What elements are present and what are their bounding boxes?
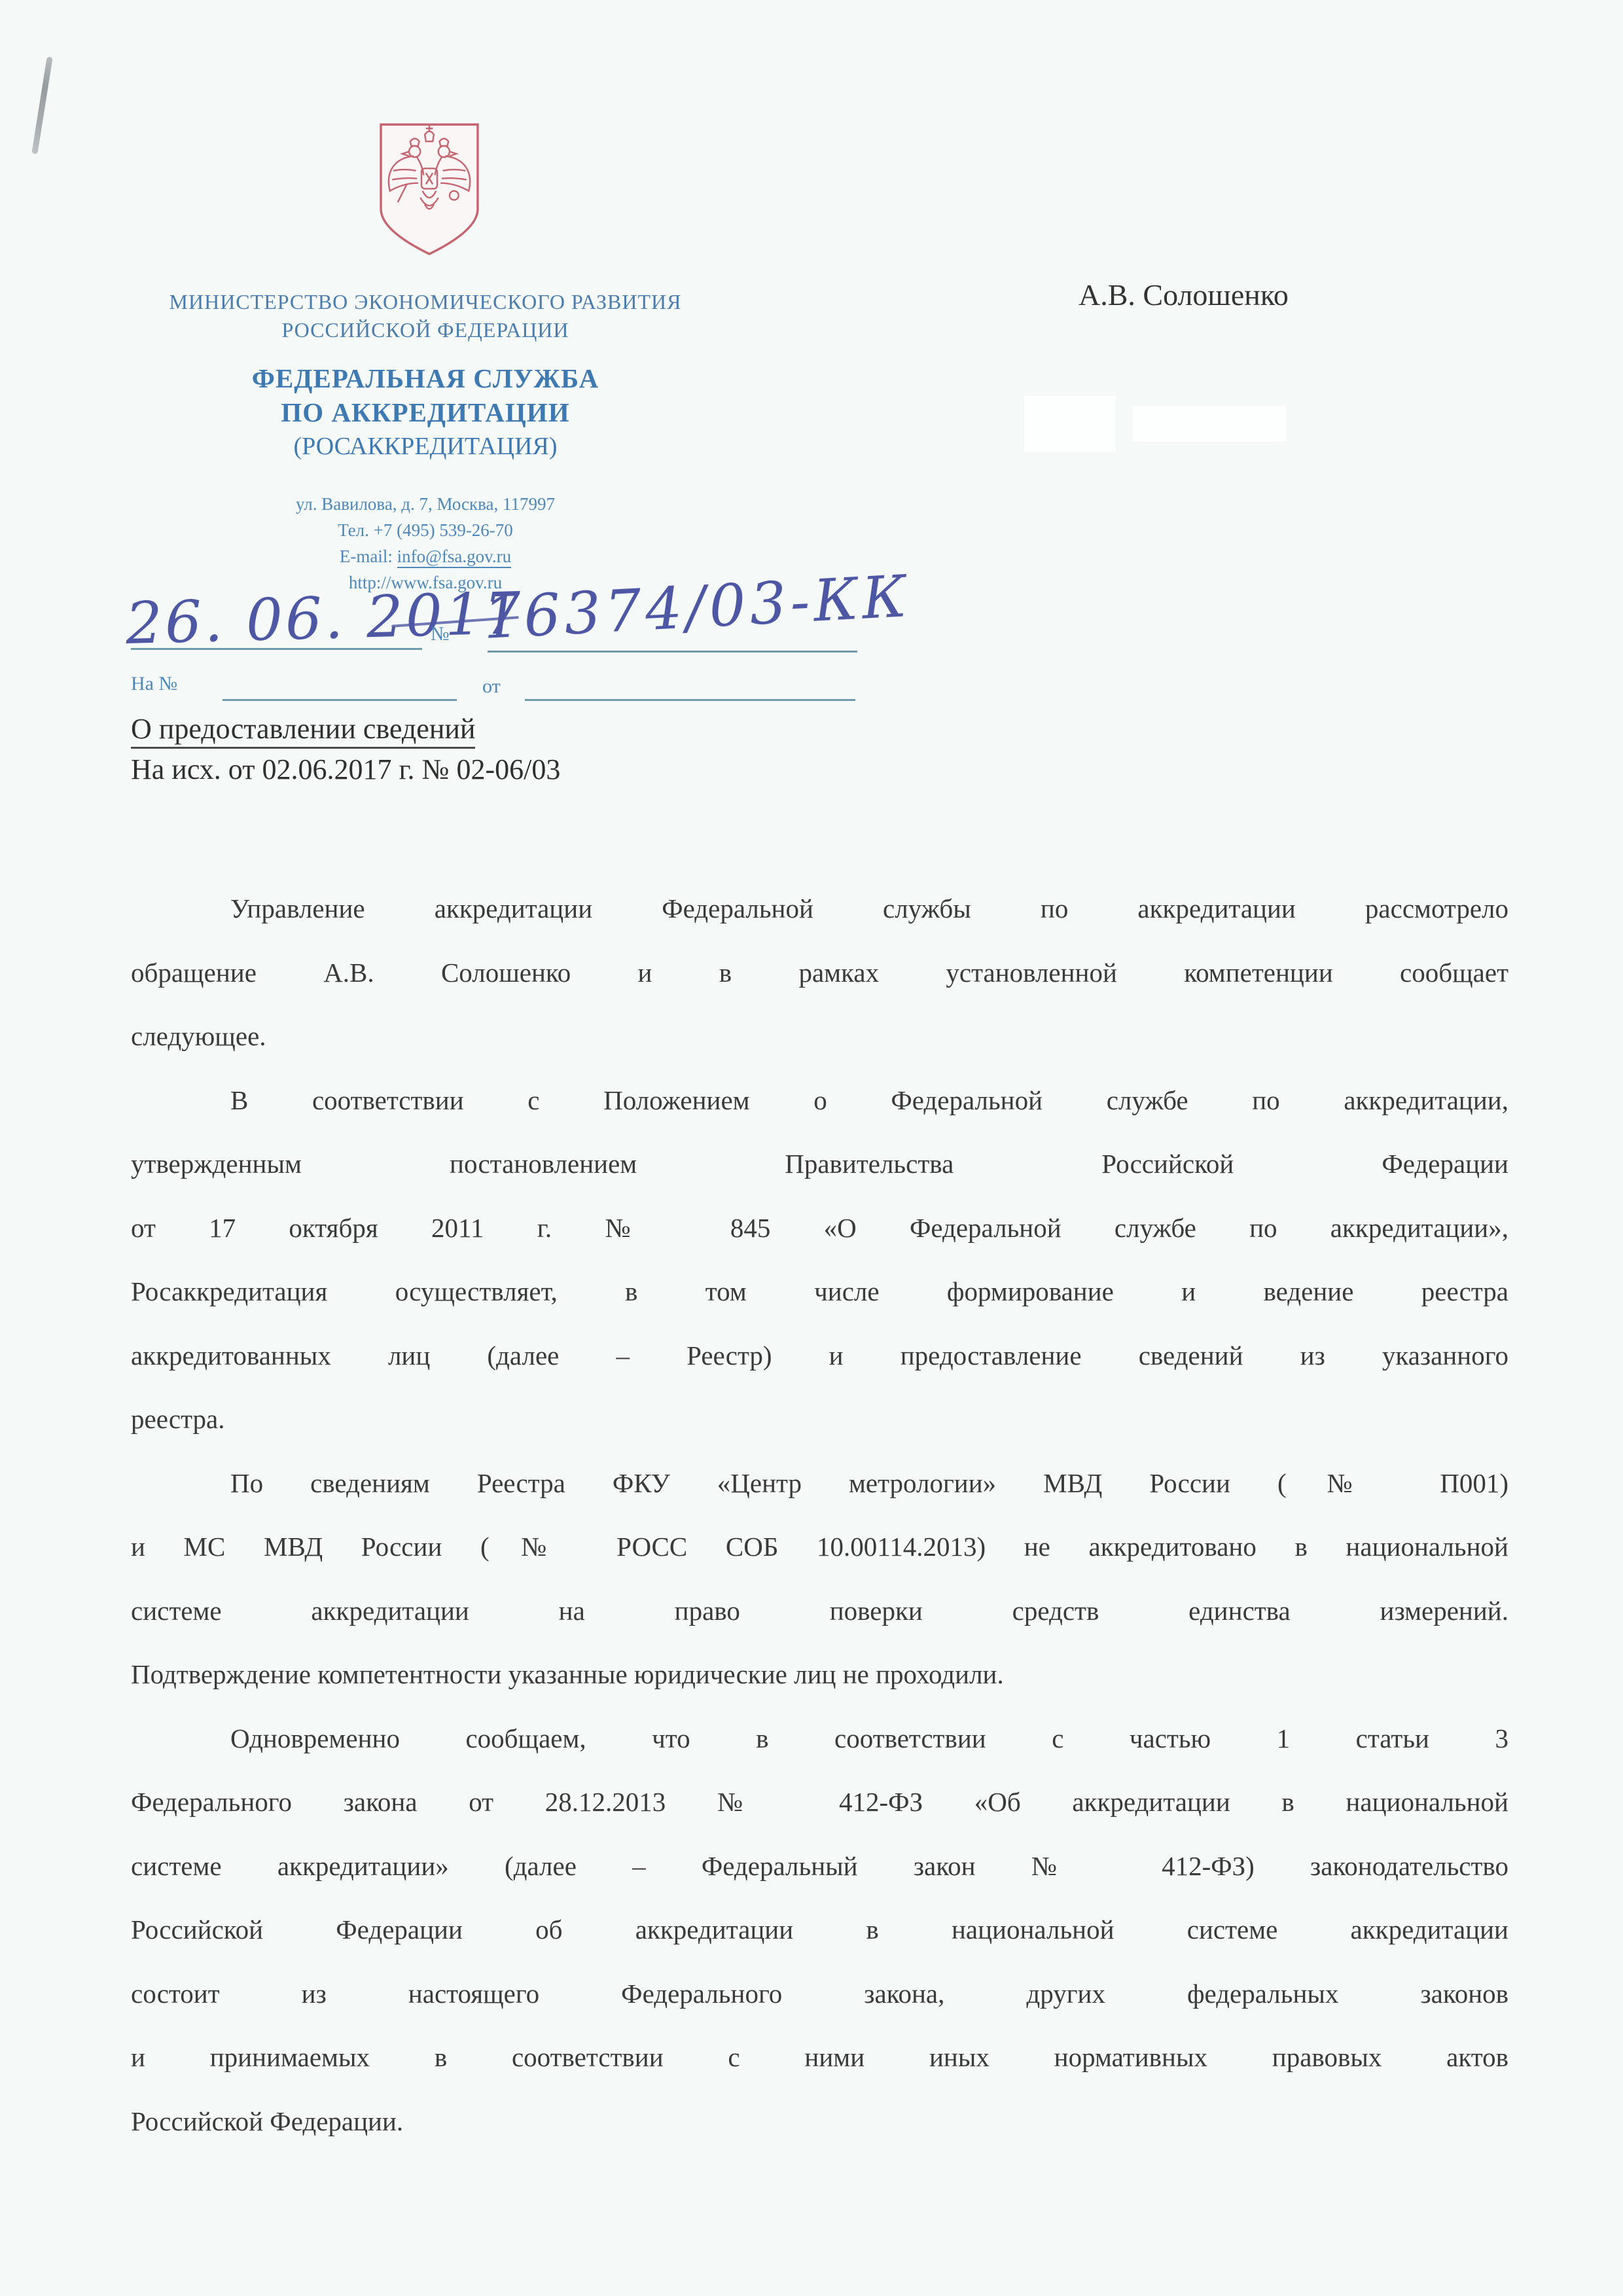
phone-number: Тел. +7 (495) 539-26-70 — [98, 517, 753, 543]
service-name-line2: ПО АККРЕДИТАЦИИ — [98, 395, 753, 429]
letterhead: МИНИСТЕРСТВО ЭКОНОМИЧЕСКОГО РАЗВИТИЯ РОС… — [98, 288, 753, 596]
body-line: системе аккредитации» (далее – Федеральн… — [131, 1835, 1508, 1899]
body-line: Одновременно сообщаем, что в соответстви… — [131, 1707, 1508, 1771]
body-line: Подтверждение компетентности указанные ю… — [131, 1643, 1508, 1707]
body-line: утвержденным постановлением Правительств… — [131, 1132, 1508, 1196]
letter-body: Управление аккредитации Федеральной служ… — [131, 877, 1508, 2153]
handwritten-date: 26. 06. 2017 — [125, 579, 524, 657]
body-line: Росаккредитация осуществляет, в том числ… — [131, 1260, 1508, 1324]
ministry-name-line2: РОССИЙСКОЙ ФЕДЕРАЦИИ — [98, 316, 753, 344]
reply-to-number-label: На № — [131, 673, 177, 695]
coat-of-arms-icon — [373, 120, 486, 260]
body-line: Федерального закона от 28.12.2013 № 412-… — [131, 1770, 1508, 1835]
redaction-box — [1024, 396, 1116, 452]
body-line: В соответствии с Положением о Федерально… — [131, 1069, 1508, 1133]
email-address: info@fsa.gov.ru — [397, 547, 512, 568]
email-line: E-mail: info@fsa.gov.ru — [98, 543, 753, 569]
reply-from-label: от — [482, 675, 501, 698]
body-line: реестра. — [131, 1388, 1508, 1452]
number-underline — [488, 651, 857, 653]
postal-address: ул. Вавилова, д. 7, Москва, 117997 — [98, 491, 753, 517]
body-line: и МС МВД России (№ РОСС СОБ 10.00114.201… — [131, 1515, 1508, 1579]
body-line: обращение А.В. Солошенко и в рамках уста… — [131, 941, 1508, 1005]
body-line: Российской Федерации. — [131, 2090, 1508, 2154]
number-sign-label: № — [431, 623, 450, 645]
body-line: и принимаемых в соответствии с ними иных… — [131, 2026, 1508, 2090]
body-line: следующее. — [131, 1005, 1508, 1069]
body-line: По сведениям Реестра ФКУ «Центр метролог… — [131, 1452, 1508, 1516]
scanned-letter-page: МИНИСТЕРСТВО ЭКОНОМИЧЕСКОГО РАЗВИТИЯ РОС… — [0, 0, 1623, 2296]
staple-mark — [31, 56, 52, 154]
reply-date-underline — [525, 699, 855, 701]
service-name-line1: ФЕДЕРАЛЬНАЯ СЛУЖБА — [98, 361, 753, 395]
ministry-name-line1: МИНИСТЕРСТВО ЭКОНОМИЧЕСКОГО РАЗВИТИЯ — [98, 288, 753, 316]
email-label: E-mail: — [340, 547, 397, 566]
body-line: Управление аккредитации Федеральной служ… — [131, 877, 1508, 941]
subject-title: О предоставлении сведений — [131, 713, 475, 749]
addressee-name: А.В. Солошенко — [1079, 278, 1289, 312]
body-line: аккредитованных лиц (далее – Реестр) и п… — [131, 1324, 1508, 1388]
body-line: от 17 октября 2011 г. № 845 «О Федеральн… — [131, 1196, 1508, 1261]
incoming-reference: На исх. от 02.06.2017 г. № 02-06/03 — [131, 753, 560, 786]
service-short-name: (РОСАККРЕДИТАЦИЯ) — [98, 429, 753, 463]
body-line: состоит из настоящего Федерального закон… — [131, 1962, 1508, 2026]
subject-line: О предоставлении сведений — [131, 712, 475, 745]
redaction-box — [1132, 406, 1286, 442]
body-line: системе аккредитации на право поверки ср… — [131, 1579, 1508, 1643]
body-line: Российской Федерации об аккредитации в н… — [131, 1898, 1508, 1962]
date-underline — [131, 648, 422, 650]
reply-number-underline — [223, 699, 457, 701]
